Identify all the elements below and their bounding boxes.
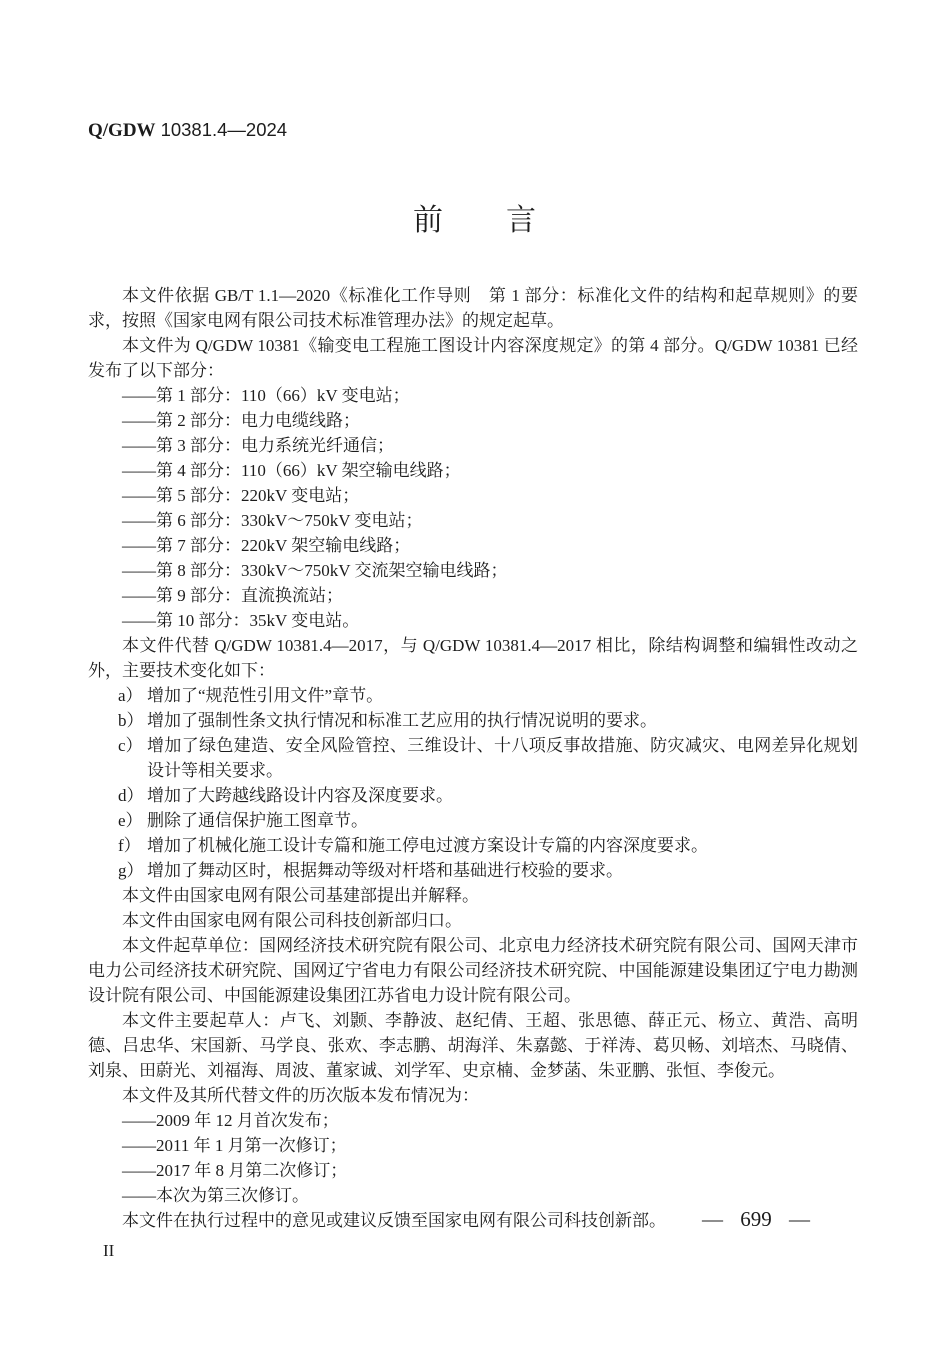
document-page: Q/GDW10381.4—2024 前 言 本文件依据 GB/T 1.1—202… [0,0,950,1345]
list-marker: d） [118,783,147,808]
list-marker: c） [118,733,147,783]
dash-list-item: ——本次为第三次修订。 [88,1183,858,1208]
dash-list-item: ——第 8 部分：330kV～750kV 交流架空输电线路； [88,558,858,583]
dash-list-item: ——2017 年 8 月第二次修订； [88,1158,858,1183]
doc-code: Q/GDW10381.4—2024 [88,119,287,142]
list-marker: b） [118,708,147,733]
list-item-text: 增加了大跨越线路设计内容及深度要求。 [147,783,858,808]
revision-list-item: b）增加了强制性条文执行情况和标准工艺应用的执行情况说明的要求。 [88,708,858,733]
list-marker: g） [118,858,147,883]
revision-list-item: e）删除了通信保护施工图章节。 [88,808,858,833]
paragraph: 本文件主要起草人：卢飞、刘颢、李静波、赵纪倩、王超、张思德、薛正元、杨立、黄浩、… [88,1008,858,1083]
revision-list-item: g）增加了舞动区时，根据舞动等级对杆塔和基础进行校验的要求。 [88,858,858,883]
dash-list-item: ——第 10 部分：35kV 变电站。 [88,608,858,633]
dash-list-item: ——第 6 部分：330kV～750kV 变电站； [88,508,858,533]
list-item-text: 删除了通信保护施工图章节。 [147,808,858,833]
paragraph: 本文件起草单位：国网经济技术研究院有限公司、北京电力经济技术研究院有限公司、国网… [88,933,858,1008]
list-item-text: 增加了“规范性引用文件”章节。 [147,683,858,708]
dash-list-item: ——第 7 部分：220kV 架空输电线路； [88,533,858,558]
dash-list-item: ——第 1 部分：110（66）kV 变电站； [88,383,858,408]
paragraph: 本文件由国家电网有限公司科技创新部归口。 [88,908,858,933]
revision-list-item: d）增加了大跨越线路设计内容及深度要求。 [88,783,858,808]
book-page-number: — 699 — [702,1207,810,1232]
section-page-number: II [103,1241,114,1261]
dash-list-item: ——第 9 部分：直流换流站； [88,583,858,608]
dash-list-item: ——2009 年 12 月首次发布； [88,1108,858,1133]
foreword-content: 本文件依据 GB/T 1.1—2020《标准化工作导则 第 1 部分：标准化文件… [88,283,858,1233]
doc-code-prefix: Q/GDW [88,120,156,141]
dash-list-item: ——2011 年 1 月第一次修订； [88,1133,858,1158]
list-item-text: 增加了舞动区时，根据舞动等级对杆塔和基础进行校验的要求。 [147,858,858,883]
paragraph: 本文件由国家电网有限公司基建部提出并解释。 [88,883,858,908]
paragraph: 本文件依据 GB/T 1.1—2020《标准化工作导则 第 1 部分：标准化文件… [88,283,858,333]
doc-code-number: 10381.4—2024 [161,119,288,140]
list-item-text: 增加了绿色建造、安全风险管控、三维设计、十八项反事故措施、防灾减灾、电网差异化规… [147,733,858,783]
dash-list-item: ——第 2 部分：电力电缆线路； [88,408,858,433]
list-item-text: 增加了强制性条文执行情况和标准工艺应用的执行情况说明的要求。 [147,708,858,733]
list-item-text: 增加了机械化施工设计专篇和施工停电过渡方案设计专篇的内容深度要求。 [147,833,858,858]
paragraph: 本文件为 Q/GDW 10381《输变电工程施工图设计内容深度规定》的第 4 部… [88,333,858,383]
dash-list-item: ——第 4 部分：110（66）kV 架空输电线路； [88,458,858,483]
dash-list-item: ——第 3 部分：电力系统光纤通信； [88,433,858,458]
paragraph: 本文件代替 Q/GDW 10381.4—2017，与 Q/GDW 10381.4… [88,633,858,683]
revision-list-item: f）增加了机械化施工设计专篇和施工停电过渡方案设计专篇的内容深度要求。 [88,833,858,858]
revision-list-item: a）增加了“规范性引用文件”章节。 [88,683,858,708]
list-marker: a） [118,683,147,708]
list-marker: e） [118,808,147,833]
paragraph: 本文件及其所代替文件的历次版本发布情况为： [88,1083,858,1108]
revision-list-item: c）增加了绿色建造、安全风险管控、三维设计、十八项反事故措施、防灾减灾、电网差异… [88,733,858,783]
page-title: 前 言 [0,204,950,238]
dash-list-item: ——第 5 部分：220kV 变电站； [88,483,858,508]
list-marker: f） [118,833,147,858]
